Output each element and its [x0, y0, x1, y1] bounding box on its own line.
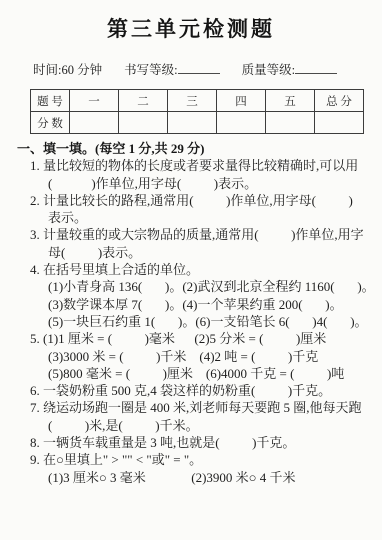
score-value-cell — [315, 112, 364, 134]
question-line: (5)800 毫米 = ( )厘米 (6)4000 千克 = ( )吨 — [0, 365, 382, 382]
score-table-score-row: 分 数 — [31, 112, 364, 134]
question-line: 一、填一填。(每空 1 分,共 29 分) — [0, 140, 382, 157]
test-paper: 第三单元检测题 时间:60 分钟 书写等级: 质量等级: 题 号一二三四五总 分… — [0, 0, 382, 540]
question-line: 母( )表示。 — [0, 244, 382, 261]
question-line: 4. 在括号里填上合适的单位。 — [0, 261, 382, 278]
score-header-cell: 题 号 — [31, 90, 70, 112]
score-header-cell: 一 — [70, 90, 119, 112]
score-value-cell — [168, 112, 217, 134]
question-line: 1. 量比较短的物体的长度或者要求量得比较精确时,可以用 — [0, 157, 382, 174]
score-table: 题 号一二三四五总 分 分 数 — [30, 89, 364, 134]
page-title: 第三单元检测题 — [0, 0, 382, 43]
question-line: 8. 一辆货车载重量是 3 吨,也就是( )千克。 — [0, 434, 382, 451]
score-header-cell: 总 分 — [315, 90, 364, 112]
question-line: (5)一块巨石约重 1( )。(6)一支铅笔长 6( )4( )。 — [0, 313, 382, 330]
question-line: ( )作单位,用字母( )表示。 — [0, 175, 382, 192]
question-line: (3)数学课本厚 7( )。(4)一个苹果约重 200( )。 — [0, 296, 382, 313]
score-value-cell — [217, 112, 266, 134]
score-header-cell: 四 — [217, 90, 266, 112]
score-value-cell — [119, 112, 168, 134]
question-line: 7. 绕运动场跑一圈是 400 米,刘老师每天要跑 5 圈,他每天跑 — [0, 399, 382, 416]
question-line: 5. (1)1 厘米 = ( )毫米 (2)5 分米 = ( )厘米 — [0, 330, 382, 347]
score-header-cell: 五 — [266, 90, 315, 112]
quality-grade-field: 质量等级: — [242, 60, 337, 78]
time-label: 时间:60 分钟 — [33, 60, 102, 78]
quality-grade-blank — [295, 61, 337, 74]
question-line: 3. 计量较重的或大宗物品的质量,通常用( )作单位,用字 — [0, 226, 382, 243]
writing-grade-label: 书写等级: — [124, 63, 177, 77]
writing-grade-blank — [178, 61, 220, 74]
score-row-label-cell: 分 数 — [31, 112, 70, 134]
question-list: 一、填一填。(每空 1 分,共 29 分)1. 量比较短的物体的长度或者要求量得… — [0, 140, 382, 486]
score-value-cell — [70, 112, 119, 134]
question-line: (1)3 厘米○ 3 毫米 (2)3900 米○ 4 千米 — [0, 469, 382, 486]
question-line: (1)小青身高 136( )。(2)武汉到北京全程约 1160( )。 — [0, 278, 382, 295]
question-line: (3)3000 米 = ( )千米 (4)2 吨 = ( )千克 — [0, 348, 382, 365]
question-line: 2. 计量比较长的路程,通常用( )作单位,用字母( ) — [0, 192, 382, 209]
score-value-cell — [266, 112, 315, 134]
info-row: 时间:60 分钟 书写等级: 质量等级: — [33, 60, 382, 78]
question-line: 表示。 — [0, 209, 382, 226]
question-line: 6. 一袋奶粉重 500 克,4 袋这样的奶粉重( )千克。 — [0, 382, 382, 399]
question-line: ( )米,是( )千米。 — [0, 417, 382, 434]
quality-grade-label: 质量等级: — [242, 63, 295, 77]
score-table-header-row: 题 号一二三四五总 分 — [31, 90, 364, 112]
score-header-cell: 二 — [119, 90, 168, 112]
score-header-cell: 三 — [168, 90, 217, 112]
question-line: 9. 在○里填上" > "" < "或" = "。 — [0, 451, 382, 468]
writing-grade-field: 书写等级: — [124, 60, 219, 78]
